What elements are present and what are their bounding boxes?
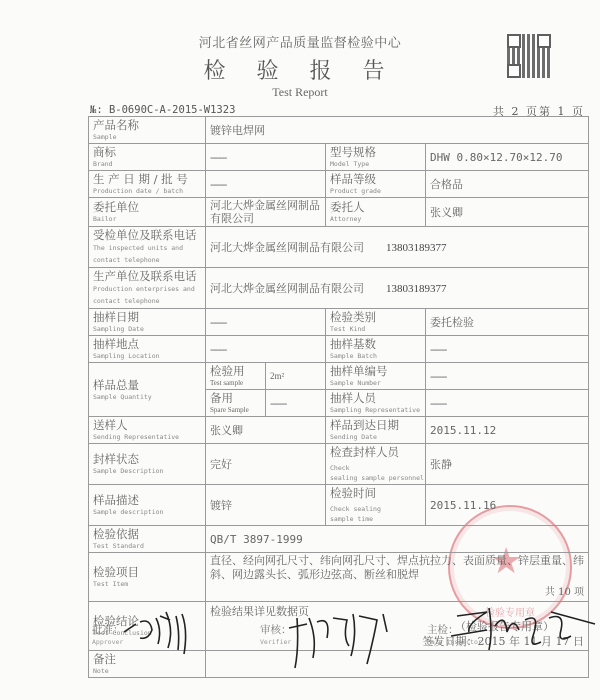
seal-status-value: 完好: [206, 444, 326, 485]
label-cell: 备用Spare Sample: [206, 390, 266, 417]
row-sending-rep: 送样人Sending Representative 张义卿 样品到达日期Send…: [89, 417, 589, 444]
test-item-count: 共 10 项: [210, 586, 584, 600]
label-cell: 检验时间 Check sealingsample time: [326, 485, 426, 526]
brand-value: ------: [206, 144, 326, 171]
row-sample-quantity: 样品总量Sample Quantity 检验用Test sample 2m² 抽…: [89, 363, 589, 390]
label-cell: 检验依据Test Standard: [89, 526, 206, 553]
sample-value: 镀锌电焊网: [206, 117, 589, 144]
attorney-value: 张义卿: [426, 198, 589, 227]
row-sampling-date: 抽样日期Sampling Date ------ 检验类别Test Kind 委…: [89, 309, 589, 336]
sampling-date-value: ------: [206, 309, 326, 336]
test-item-list: 直径、经向网孔尺寸、纬向网孔尺寸、焊点抗拉力、表面质量、锌层重量、纬斜、网边露头…: [210, 554, 584, 581]
verifier-signature: [287, 608, 397, 678]
test-sample-value: 2m²: [266, 363, 326, 390]
label-cell: 检验用Test sample: [206, 363, 266, 390]
inspector-signature: [447, 602, 597, 662]
inspected-phone: 13803189377: [386, 242, 447, 254]
production-unit-value: 河北大烨金属丝网制品有限公司13803189377: [206, 268, 589, 309]
row-seal-status: 封样状态Sample Description 完好 检查封样人员 Checkse…: [89, 444, 589, 485]
label-cell: 封样状态Sample Description: [89, 444, 206, 485]
inspected-unit-value: 河北大烨金属丝网制品有限公司13803189377: [206, 227, 589, 268]
production-phone: 13803189377: [386, 283, 447, 295]
sample-number-value: ------: [426, 363, 589, 390]
product-grade-value: 合格品: [426, 171, 589, 198]
label-cell: 样品总量Sample Quantity: [89, 363, 206, 417]
row-brand: 商标Brand ------ 型号规格Model Type DHW 0.80×1…: [89, 144, 589, 171]
label-cell: 产品名称Sample: [89, 117, 206, 144]
sample-desc-value: 镀锌: [206, 485, 326, 526]
label-cell: 抽样地点Sampling Location: [89, 336, 206, 363]
label-cell: 生产单位及联系电话Production enterprises and cont…: [89, 268, 206, 309]
label-cell: 生 产 日 期 / 批 号Production date / batch: [89, 171, 206, 198]
row-sample-desc: 样品描述Sample description 镀锌 检验时间 Check sea…: [89, 485, 589, 526]
report-table: 产品名称Sample 镀锌电焊网 商标Brand ------ 型号规格Mode…: [88, 116, 589, 678]
label-cell: 样品描述Sample description: [89, 485, 206, 526]
sample-batch-value: ------: [426, 336, 589, 363]
approver-label-en: Approver: [92, 638, 123, 646]
label-cell: 检验类别Test Kind: [326, 309, 426, 336]
row-inspected-unit: 受检单位及联系电话The inspected units and contact…: [89, 227, 589, 268]
approver-label: 批准：: [92, 622, 124, 637]
label-cell: 型号规格Model Type: [326, 144, 426, 171]
qr-code-icon: [507, 34, 551, 78]
row-sample: 产品名称Sample 镀锌电焊网: [89, 117, 589, 144]
row-test-item: 检验项目Test Item 直径、经向网孔尺寸、纬向网孔尺寸、焊点抗拉力、表面质…: [89, 553, 589, 602]
label-cell: 商标Brand: [89, 144, 206, 171]
label-cell: 抽样单编号Sample Number: [326, 363, 426, 390]
sampling-rep-value: ------: [426, 390, 589, 417]
label-cell: 委托人Attorney: [326, 198, 426, 227]
report-number: №: B-0690C-A-2015-W1323: [90, 104, 235, 116]
label-cell: 检查封样人员 Checksealing sample personnel: [326, 444, 426, 485]
check-time-value: 2015.11.16: [426, 485, 589, 526]
production-date-value: ------: [206, 171, 326, 198]
test-standard-value: QB/T 3897-1999: [206, 526, 589, 553]
label-cell: 抽样基数Sample Batch: [326, 336, 426, 363]
row-test-standard: 检验依据Test Standard QB/T 3897-1999: [89, 526, 589, 553]
model-type-value: DHW 0.80×12.70×12.70: [426, 144, 589, 171]
row-production-date: 生 产 日 期 / 批 号Production date / batch ---…: [89, 171, 589, 198]
approver-signature: [122, 610, 202, 660]
label-cell: 抽样人员Sampling Representative: [326, 390, 426, 417]
sending-date-value: 2015.11.12: [426, 417, 589, 444]
report-subtitle: Test Report: [0, 85, 600, 100]
sampling-location-value: ------: [206, 336, 326, 363]
production-company: 河北大烨金属丝网制品有限公司: [210, 282, 364, 295]
seal-personnel-value: 张静: [426, 444, 589, 485]
label-cell: 受检单位及联系电话The inspected units and contact…: [89, 227, 206, 268]
signature-row: 批准： Approver 审核： Verifier 主检： Main inspe…: [92, 622, 592, 672]
label-cell: 检验项目Test Item: [89, 553, 206, 602]
label-cell: 抽样日期Sampling Date: [89, 309, 206, 336]
row-production-unit: 生产单位及联系电话Production enterprises and cont…: [89, 268, 589, 309]
test-item-value: 直径、经向网孔尺寸、纬向网孔尺寸、焊点抗拉力、表面质量、锌层重量、纬斜、网边露头…: [206, 553, 589, 602]
label-cell: 样品等级Product grade: [326, 171, 426, 198]
row-bailor: 委托单位Bailor 河北大烨金属丝网制品有限公司 委托人Attorney 张义…: [89, 198, 589, 227]
bailor-value: 河北大烨金属丝网制品有限公司: [206, 198, 326, 227]
inspected-company: 河北大烨金属丝网制品有限公司: [210, 241, 364, 254]
row-sampling-location: 抽样地点Sampling Location ------ 抽样基数Sample …: [89, 336, 589, 363]
label-cell: 样品到达日期Sending Date: [326, 417, 426, 444]
spare-sample-value: ------: [266, 390, 326, 417]
label-cell: 委托单位Bailor: [89, 198, 206, 227]
sending-rep-value: 张义卿: [206, 417, 326, 444]
test-kind-value: 委托检验: [426, 309, 589, 336]
label-cell: 送样人Sending Representative: [89, 417, 206, 444]
